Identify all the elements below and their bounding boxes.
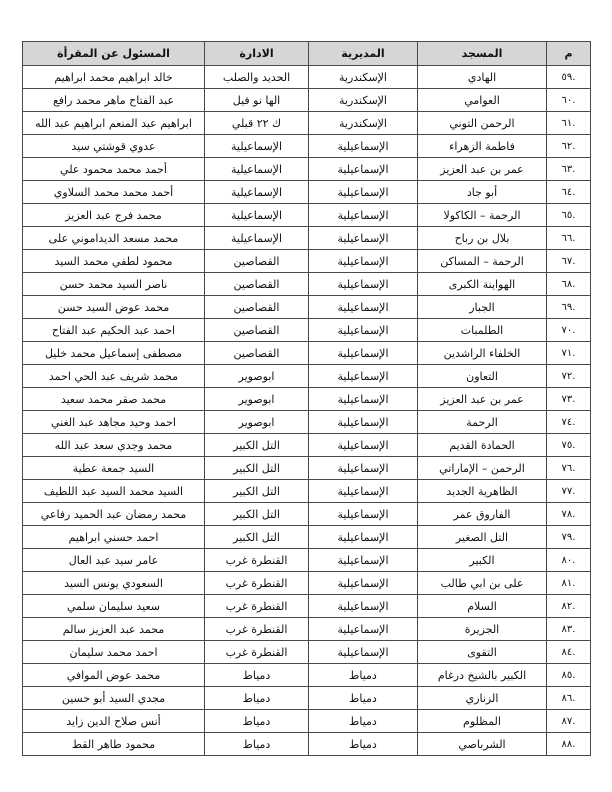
responsible-person-cell: محمود طاهر القط [23,733,205,756]
table-row: .٥٩الهاديالإسكندريةالحديد والصلبخالد ابر… [23,66,591,89]
row-number-cell: .٦٣ [547,158,591,181]
row-number-cell: .٦٩ [547,296,591,319]
responsible-person-cell: محمد فرج عبد العزيز [23,204,205,227]
responsible-person-cell: احمد محمد سليمان [23,641,205,664]
row-number-cell: .٨٦ [547,687,591,710]
row-number-cell: .٧٧ [547,480,591,503]
administration-cell: الإسماعيلية [205,227,309,250]
directorate-cell: الإسماعيلية [309,641,418,664]
directorate-cell: الإسماعيلية [309,181,418,204]
administration-cell: الإسماعيلية [205,181,309,204]
responsible-person-cell: عامر سيد عبد العال [23,549,205,572]
row-number-cell: .٦٧ [547,250,591,273]
row-number-cell: .٧٦ [547,457,591,480]
row-number-cell: .٧١ [547,342,591,365]
directorate-cell: الإسماعيلية [309,618,418,641]
mosque-name-cell: فاطمة الزهراء [418,135,547,158]
table-row: .٦١الرحمن التونيالإسكندريةك ٢٢ قبليابراه… [23,112,591,135]
responsible-person-cell: احمد حسني ابراهيم [23,526,205,549]
row-number-cell: .٧٨ [547,503,591,526]
directorate-cell: الإسماعيلية [309,572,418,595]
row-number-cell: .٧٥ [547,434,591,457]
mosque-name-cell: الرحمة – الكاكولا [418,204,547,227]
mosque-name-cell: الجبار [418,296,547,319]
table-row: .٧٩التل الصغيرالإسماعيليةالتل الكبيراحمد… [23,526,591,549]
directorate-cell: الإسماعيلية [309,250,418,273]
responsible-person-cell: ابراهيم عبد المنعم ابراهيم عبد الله [23,112,205,135]
table-row: .٧٦الرحمن – الإماراتيالإسماعيليةالتل الك… [23,457,591,480]
administration-cell: ك ٢٢ قبلي [205,112,309,135]
row-number-cell: .٨١ [547,572,591,595]
directorate-cell: دمياط [309,687,418,710]
table-row: .٨٥الكبير بالشيخ درغامدمياطدمياطمحمد عوض… [23,664,591,687]
directorate-cell: الإسماعيلية [309,503,418,526]
administration-cell: القنطرة غرب [205,618,309,641]
header-num: م [547,42,591,66]
responsible-person-cell: عبد الفتاح ماهر محمد رافع [23,89,205,112]
header-administration: الادارة [205,42,309,66]
administration-cell: دمياط [205,733,309,756]
administration-cell: القنطرة غرب [205,549,309,572]
responsible-person-cell: السعودي يونس السيد [23,572,205,595]
mosque-name-cell: السلام [418,595,547,618]
administration-cell: الحديد والصلب [205,66,309,89]
responsible-person-cell: محمد شريف عبد الحي احمد [23,365,205,388]
administration-cell: التل الكبير [205,457,309,480]
row-number-cell: .٧٢ [547,365,591,388]
table-row: .٨٨الشرباصيدمياطدمياطمحمود طاهر القط [23,733,591,756]
table-row: .٦٤أبو جادالإسماعيليةالإسماعيليةأحمد محم… [23,181,591,204]
row-number-cell: .٦٤ [547,181,591,204]
table-row: .٧١الخلفاء الراشدينالإسماعيليةالقصاصينمص… [23,342,591,365]
mosque-name-cell: الزناري [418,687,547,710]
directorate-cell: دمياط [309,664,418,687]
administration-cell: القصاصين [205,250,309,273]
responsible-person-cell: احمد عبد الحكيم عبد الفتاح [23,319,205,342]
mosque-name-cell: الحمادة القديم [418,434,547,457]
mosque-name-cell: الكبير بالشيخ درغام [418,664,547,687]
row-number-cell: .٦١ [547,112,591,135]
table-row: .٧٧الظاهرية الجديدالإسماعيليةالتل الكبير… [23,480,591,503]
table-row: .٧٠الطلمباتالإسماعيليةالقصاصيناحمد عبد ا… [23,319,591,342]
table-row: .٧٣عمر بن عبد العزيزالإسماعيليةابوصويرمح… [23,388,591,411]
row-number-cell: .٨٢ [547,595,591,618]
directorate-cell: الإسكندرية [309,89,418,112]
administration-cell: القصاصين [205,319,309,342]
mosque-name-cell: الفاروق عمر [418,503,547,526]
directorate-cell: الإسماعيلية [309,480,418,503]
responsible-person-cell: محمد مسعد الديداموني على [23,227,205,250]
directorate-cell: الإسماعيلية [309,434,418,457]
table-row: .٨٠الكبيرالإسماعيليةالقنطرة غربعامر سيد … [23,549,591,572]
directorate-cell: الإسكندرية [309,112,418,135]
responsible-person-cell: محمد وجدي سعد عبد الله [23,434,205,457]
responsible-person-cell: عدوي قوشتي سيد [23,135,205,158]
administration-cell: ابوصوير [205,365,309,388]
mosque-name-cell: المظلوم [418,710,547,733]
directorate-cell: الإسماعيلية [309,135,418,158]
table-row: .٦٢فاطمة الزهراءالإسماعيليةالإسماعيليةعد… [23,135,591,158]
directorate-cell: الإسماعيلية [309,595,418,618]
directorate-cell: الإسماعيلية [309,388,418,411]
mosque-name-cell: على بن ابي طالب [418,572,547,595]
mosque-name-cell: عمر بن عبد العزيز [418,388,547,411]
administration-cell: التل الكبير [205,480,309,503]
header-directorate: المديرية [309,42,418,66]
administration-cell: التل الكبير [205,526,309,549]
row-number-cell: .٧٣ [547,388,591,411]
administration-cell: القصاصين [205,296,309,319]
table-row: .٨٦الزناريدمياطدمياطمجدي السيد أبو حسين [23,687,591,710]
mosque-name-cell: الرحمة – المساكن [418,250,547,273]
responsible-person-cell: محمد رمضان عبد الحميد رفاعي [23,503,205,526]
mosques-table: م المسجد المديرية الادارة المسئول عن الم… [22,41,591,756]
responsible-person-cell: محمد صقر محمد سعيد [23,388,205,411]
table-header-row: م المسجد المديرية الادارة المسئول عن الم… [23,42,591,66]
row-number-cell: .٥٩ [547,66,591,89]
responsible-person-cell: خالد ابراهيم محمد ابراهيم [23,66,205,89]
administration-cell: ابوصوير [205,411,309,434]
mosque-name-cell: الخلفاء الراشدين [418,342,547,365]
responsible-person-cell: محمود لطفي محمد السيد [23,250,205,273]
administration-cell: دمياط [205,664,309,687]
administration-cell: دمياط [205,710,309,733]
administration-cell: الإسماعيلية [205,158,309,181]
responsible-person-cell: مجدي السيد أبو حسين [23,687,205,710]
table-row: .٧٢التعاونالإسماعيليةابوصويرمحمد شريف عب… [23,365,591,388]
table-row: .٧٨الفاروق عمرالإسماعيليةالتل الكبيرمحمد… [23,503,591,526]
administration-cell: القنطرة غرب [205,572,309,595]
table-row: .٦٠العواميالإسكندريةالها نو فيلعبد الفتا… [23,89,591,112]
row-number-cell: .٧٠ [547,319,591,342]
row-number-cell: .٧٩ [547,526,591,549]
row-number-cell: .٦٠ [547,89,591,112]
administration-cell: الإسماعيلية [205,135,309,158]
table-body: .٥٩الهاديالإسكندريةالحديد والصلبخالد ابر… [23,66,591,756]
mosque-name-cell: التعاون [418,365,547,388]
mosque-name-cell: العوامي [418,89,547,112]
header-mosque: المسجد [418,42,547,66]
mosque-name-cell: الرحمة [418,411,547,434]
row-number-cell: .٦٥ [547,204,591,227]
directorate-cell: الإسماعيلية [309,526,418,549]
mosque-name-cell: الرحمن – الإماراتي [418,457,547,480]
responsible-person-cell: السيد محمد السيد عبد اللطيف [23,480,205,503]
responsible-person-cell: محمد عوض السيد حسن [23,296,205,319]
administration-cell: الها نو فيل [205,89,309,112]
administration-cell: القنطرة غرب [205,641,309,664]
row-number-cell: .٦٨ [547,273,591,296]
directorate-cell: الإسماعيلية [309,204,418,227]
table-row: .٦٧الرحمة – المساكنالإسماعيليةالقصاصينمح… [23,250,591,273]
responsible-person-cell: احمد وحيد مجاهد عبد الغني [23,411,205,434]
table-row: .٨١على بن ابي طالبالإسماعيليةالقنطرة غرب… [23,572,591,595]
directorate-cell: دمياط [309,710,418,733]
responsible-person-cell: ناصر السيد محمد حسن [23,273,205,296]
table-row: .٦٨الهواينة الكبرىالإسماعيليةالقصاصينناص… [23,273,591,296]
row-number-cell: .٨٨ [547,733,591,756]
table-row: .٨٤التقوىالإسماعيليةالقنطرة غرباحمد محمد… [23,641,591,664]
row-number-cell: .٧٤ [547,411,591,434]
header-responsible: المسئول عن المقرأة [23,42,205,66]
table-row: .٦٣عمر بن عبد العزيزالإسماعيليةالإسماعيل… [23,158,591,181]
row-number-cell: .٦٢ [547,135,591,158]
administration-cell: القصاصين [205,273,309,296]
mosque-name-cell: الهادي [418,66,547,89]
responsible-person-cell: مصطفى إسماعيل محمد خليل [23,342,205,365]
mosque-name-cell: الشرباصي [418,733,547,756]
mosque-name-cell: الطلمبات [418,319,547,342]
directorate-cell: الإسماعيلية [309,158,418,181]
administration-cell: القنطرة غرب [205,595,309,618]
table-row: .٧٤الرحمةالإسماعيليةابوصويراحمد وحيد مجا… [23,411,591,434]
mosque-name-cell: الهواينة الكبرى [418,273,547,296]
row-number-cell: .٨٠ [547,549,591,572]
administration-cell: ابوصوير [205,388,309,411]
responsible-person-cell: محمد عوض الموافي [23,664,205,687]
row-number-cell: .٨٣ [547,618,591,641]
responsible-person-cell: أنس صلاح الدين زايد [23,710,205,733]
responsible-person-cell: أحمد محمد محمود علي [23,158,205,181]
table-row: .٧٥الحمادة القديمالإسماعيليةالتل الكبيرم… [23,434,591,457]
table-row: .٦٦بلال بن رباحالإسماعيليةالإسماعيليةمحم… [23,227,591,250]
directorate-cell: الإسكندرية [309,66,418,89]
administration-cell: التل الكبير [205,434,309,457]
mosque-name-cell: بلال بن رباح [418,227,547,250]
mosque-name-cell: التقوى [418,641,547,664]
directorate-cell: الإسماعيلية [309,342,418,365]
directorate-cell: الإسماعيلية [309,411,418,434]
table-row: .٨٢السلامالإسماعيليةالقنطرة غربسعيد سليم… [23,595,591,618]
mosque-name-cell: الجزيرة [418,618,547,641]
directorate-cell: الإسماعيلية [309,365,418,388]
mosque-name-cell: التل الصغير [418,526,547,549]
responsible-person-cell: أحمد محمد محمد السلاوي [23,181,205,204]
mosque-name-cell: الرحمن التوني [418,112,547,135]
table-row: .٦٥الرحمة – الكاكولاالإسماعيليةالإسماعيل… [23,204,591,227]
table-row: .٦٩الجبارالإسماعيليةالقصاصينمحمد عوض الس… [23,296,591,319]
administration-cell: التل الكبير [205,503,309,526]
mosque-name-cell: عمر بن عبد العزيز [418,158,547,181]
responsible-person-cell: سعيد سليمان سلمي [23,595,205,618]
directorate-cell: الإسماعيلية [309,273,418,296]
responsible-person-cell: محمد عبد العزيز سالم [23,618,205,641]
row-number-cell: .٦٦ [547,227,591,250]
table-row: .٨٣الجزيرةالإسماعيليةالقنطرة غربمحمد عبد… [23,618,591,641]
mosque-name-cell: الظاهرية الجديد [418,480,547,503]
responsible-person-cell: السيد جمعة عطية [23,457,205,480]
directorate-cell: الإسماعيلية [309,549,418,572]
directorate-cell: الإسماعيلية [309,227,418,250]
row-number-cell: .٨٤ [547,641,591,664]
row-number-cell: .٨٥ [547,664,591,687]
administration-cell: الإسماعيلية [205,204,309,227]
mosque-name-cell: أبو جاد [418,181,547,204]
directorate-cell: دمياط [309,733,418,756]
table-row: .٨٧المظلومدمياطدمياطأنس صلاح الدين زايد [23,710,591,733]
directorate-cell: الإسماعيلية [309,296,418,319]
administration-cell: دمياط [205,687,309,710]
row-number-cell: .٨٧ [547,710,591,733]
directorate-cell: الإسماعيلية [309,457,418,480]
directorate-cell: الإسماعيلية [309,319,418,342]
administration-cell: القصاصين [205,342,309,365]
mosque-name-cell: الكبير [418,549,547,572]
